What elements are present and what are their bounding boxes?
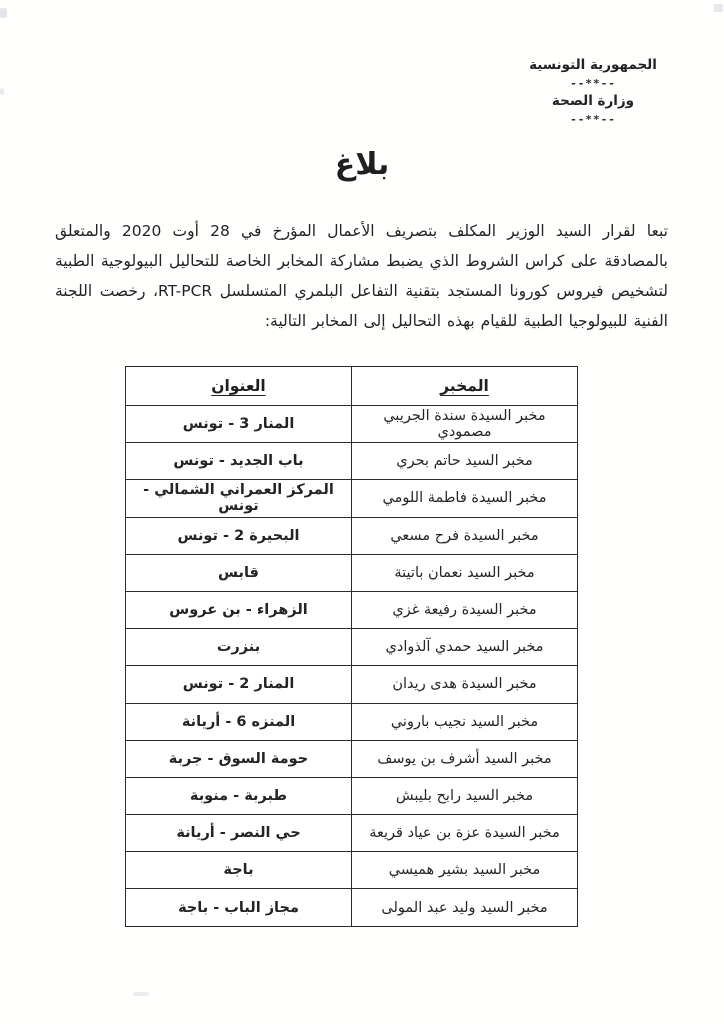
table-header-address: العنوان	[126, 367, 352, 406]
table-row: مخبر السيد حاتم بحري باب الجديد - تونس	[126, 443, 578, 480]
lab-name-cell: مخبر السيد نعمان باتيتة	[352, 554, 578, 591]
table-row: مخبر السيدة فرح مسعي البحيرة 2 - تونس	[126, 517, 578, 554]
scan-artifact	[0, 88, 4, 95]
lab-name-cell: مخبر السيد نجيب باروني	[352, 703, 578, 740]
table-row: مخبر السيد وليد عبد المولى مجاز الباب - …	[126, 889, 578, 926]
lab-name-cell: مخبر السيد حاتم بحري	[352, 443, 578, 480]
lab-name-cell: مخبر السيد رابح بليبش	[352, 777, 578, 814]
scan-artifact	[714, 4, 723, 12]
table-row: مخبر السيد أشرف بن يوسف حومة السوق - جرب…	[126, 740, 578, 777]
lab-name-cell: مخبر السيدة فاطمة اللومي	[352, 480, 578, 517]
lab-name-cell: مخبر السيد وليد عبد المولى	[352, 889, 578, 926]
address-cell: قابس	[126, 554, 352, 591]
table-row: مخبر السيدة سندة الجريبي مصمودي المنار 3…	[126, 406, 578, 443]
address-cell: حومة السوق - جربة	[126, 740, 352, 777]
address-cell: المركز العمراني الشمالي - تونس	[126, 480, 352, 517]
table-row: مخبر السيدة عزة بن عياد قريعة حي النصر -…	[126, 815, 578, 852]
lab-name-cell: مخبر السيد أشرف بن يوسف	[352, 740, 578, 777]
lab-name-cell: مخبر السيدة هدى ريدان	[352, 666, 578, 703]
table-row: مخبر السيد بشير هميسي باجة	[126, 852, 578, 889]
address-cell: مجاز الباب - باجة	[126, 889, 352, 926]
address-cell: المنزه 6 - أريانة	[126, 703, 352, 740]
table-header-lab: المخبر	[352, 367, 578, 406]
address-cell: حي النصر - أريانة	[126, 815, 352, 852]
address-cell: طبربة - منوبة	[126, 777, 352, 814]
document-page: الجمهورية التونسية --**-- وزارة الصحة --…	[0, 0, 724, 1024]
table-header-row: المخبر العنوان	[126, 367, 578, 406]
lab-name-cell: مخبر السيد بشير هميسي	[352, 852, 578, 889]
lab-name-cell: مخبر السيدة رفيعة غزي	[352, 591, 578, 628]
table-row: مخبر السيد نعمان باتيتة قابس	[126, 554, 578, 591]
ministry-name: وزارة الصحة	[518, 92, 668, 111]
table-row: مخبر السيد رابح بليبش طبربة - منوبة	[126, 777, 578, 814]
intro-paragraph: تبعا لقرار السيد الوزير المكلف بتصريف ال…	[55, 216, 668, 336]
lab-name-cell: مخبر السيدة عزة بن عياد قريعة	[352, 815, 578, 852]
page-title: بلاغ	[0, 147, 724, 182]
header-separator: --**--	[518, 75, 668, 92]
address-cell: بنزرت	[126, 629, 352, 666]
address-cell: المنار 3 - تونس	[126, 406, 352, 443]
address-cell: الزهراء - بن عروس	[126, 591, 352, 628]
scan-artifact	[133, 992, 149, 996]
table-row: مخبر السيد حمدي آلذوادي بنزرت	[126, 629, 578, 666]
lab-name-cell: مخبر السيد حمدي آلذوادي	[352, 629, 578, 666]
address-cell: البحيرة 2 - تونس	[126, 517, 352, 554]
lab-name-cell: مخبر السيدة سندة الجريبي مصمودي	[352, 406, 578, 443]
table-row: مخبر السيدة هدى ريدان المنار 2 - تونس	[126, 666, 578, 703]
header-separator: --**--	[518, 111, 668, 128]
address-cell: باجة	[126, 852, 352, 889]
government-header: الجمهورية التونسية --**-- وزارة الصحة --…	[518, 56, 668, 128]
address-cell: المنار 2 - تونس	[126, 666, 352, 703]
address-cell: باب الجديد - تونس	[126, 443, 352, 480]
table-row: مخبر السيدة فاطمة اللومي المركز العمراني…	[126, 480, 578, 517]
scan-artifact	[0, 8, 7, 18]
table-row: مخبر السيدة رفيعة غزي الزهراء - بن عروس	[126, 591, 578, 628]
lab-name-cell: مخبر السيدة فرح مسعي	[352, 517, 578, 554]
republic-name: الجمهورية التونسية	[518, 56, 668, 75]
labs-table: المخبر العنوان مخبر السيدة سندة الجريبي …	[125, 366, 578, 927]
table-row: مخبر السيد نجيب باروني المنزه 6 - أريانة	[126, 703, 578, 740]
